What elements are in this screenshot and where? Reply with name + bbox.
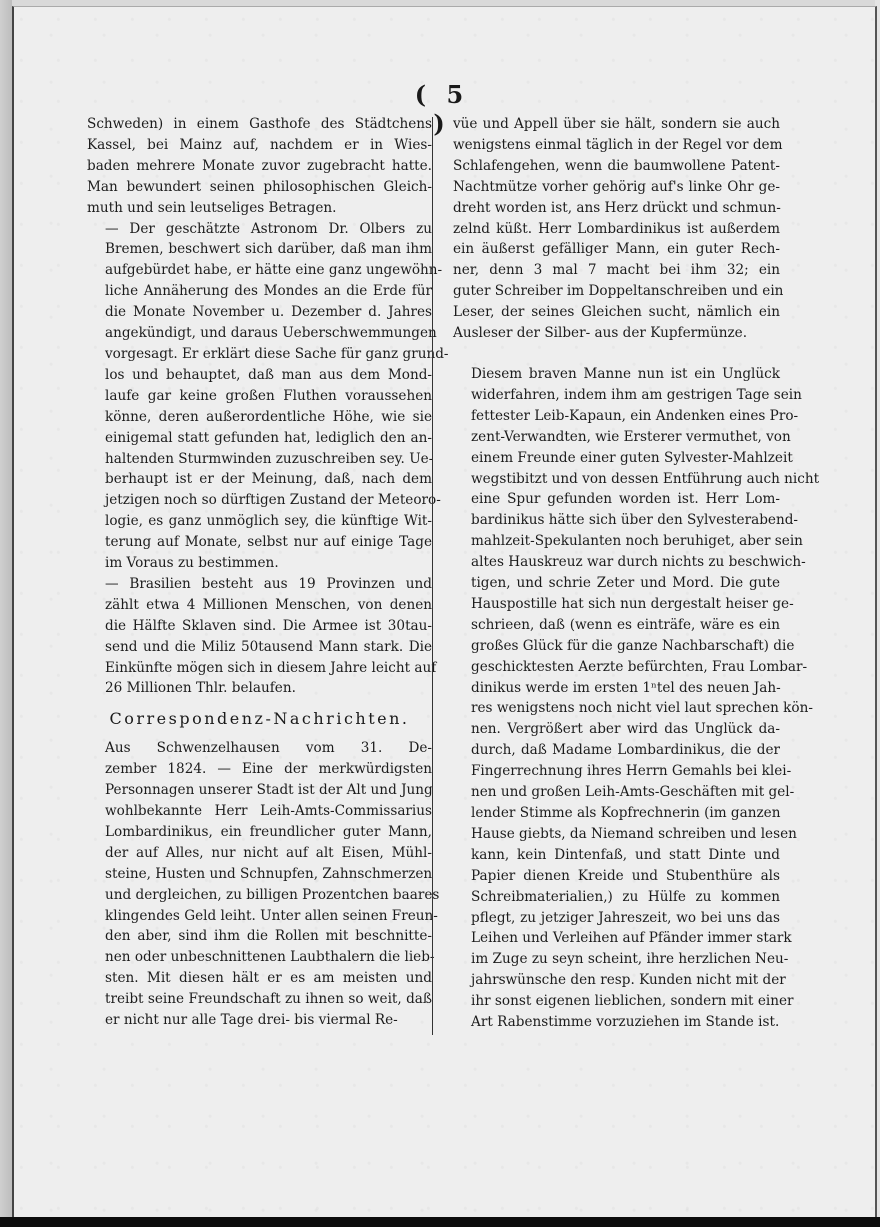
text-line: und dergleichen, zu billigen Prozentchen… — [87, 885, 432, 906]
text-line: klingendes Geld leiht. Unter allen seine… — [87, 906, 432, 927]
text-line: nen oder unbeschnittenen Laubthalern die… — [87, 947, 432, 968]
text-line: los und behauptet, daß man aus dem Mond- — [87, 365, 432, 386]
text-line: — Brasilien besteht aus 19 Provinzen und — [87, 574, 432, 595]
text-line: ner, denn 3 mal 7 macht bei ihm 32; ein — [453, 260, 780, 281]
text-line: tigen, und schrie Zeter und Mord. Die gu… — [453, 573, 780, 594]
text-line: den aber, sind ihm die Rollen mit beschn… — [87, 926, 432, 947]
text-line: Aus Schwenzelhausen vom 31. De- — [87, 738, 432, 759]
paragraph-brasilien: — Brasilien besteht aus 19 Provinzen und… — [87, 574, 432, 699]
text-line: Einkünfte mögen sich in diesem Jahre lei… — [87, 658, 432, 679]
text-line: die Monate November u. Dezember d. Jahre… — [87, 302, 432, 323]
paragraph-lombardinikus: vüe und Appell über sie hält, sondern si… — [453, 114, 780, 344]
text-line: die Hälfte Sklaven sind. Die Armee ist 3… — [87, 616, 432, 637]
text-line: guter Schreiber im Doppeltanschreiben un… — [453, 281, 780, 302]
paragraph-schweden: Schweden) in einem Gasthofe des Städtche… — [87, 114, 432, 219]
text-line: könne, deren außerordentliche Höhe, wie … — [87, 407, 432, 428]
text-line: jetzigen noch so dürftigen Zustand der M… — [87, 490, 432, 511]
text-line: haltenden Sturmwinden zuzuschreiben sey.… — [87, 449, 432, 470]
text-line: angekündigt, und daraus Ueberschwemmunge… — [87, 323, 432, 344]
text-line: steine, Husten und Schnupfen, Zahnschmer… — [87, 864, 432, 885]
text-line: treibt seine Freundschaft zu ihnen so we… — [87, 989, 432, 1010]
text-line: — Der geschätzte Astronom Dr. Olbers zu — [87, 219, 432, 240]
text-line: Man bewundert seinen philosophischen Gle… — [87, 177, 432, 198]
text-line: Personnagen unserer Stadt ist der Alt un… — [87, 780, 432, 801]
text-line: Leihen und Verleihen auf Pfänder immer s… — [453, 928, 780, 949]
paragraph-schwenzelhausen: Aus Schwenzelhausen vom 31. De-zember 18… — [87, 738, 432, 1031]
text-line: wohlbekannte Herr Leih-Amts-Commissarius — [87, 801, 432, 822]
text-line: send und die Miliz 50tausend Mann stark.… — [87, 637, 432, 658]
text-line: im Voraus zu bestimmen. — [87, 553, 432, 574]
text-line: mahlzeit-Spekulanten noch beruhiget, abe… — [453, 531, 780, 552]
text-line: nen und großen Leih-Amts-Geschäften mit … — [453, 782, 780, 803]
text-line: berhaupt ist er der Meinung, daß, nach d… — [87, 469, 432, 490]
text-line: Diesem braven Manne nun ist ein Unglück — [453, 364, 780, 385]
text-line: widerfahren, indem ihm am gestrigen Tage… — [453, 385, 780, 406]
text-line: Bremen, beschwert sich darüber, daß man … — [87, 239, 432, 260]
text-line: Fingerrechnung ihres Herrn Gemahls bei k… — [453, 761, 780, 782]
text-line: res wenigstens noch nicht viel laut spre… — [453, 698, 780, 719]
text-line: kann, kein Dintenfaß, und statt Dinte un… — [453, 845, 780, 866]
paragraph-gap — [453, 344, 780, 364]
text-line: 26 Millionen Thlr. belaufen. — [87, 678, 432, 699]
text-line: sten. Mit diesen hält er es am meisten u… — [87, 968, 432, 989]
text-line: jahrswünsche den resp. Kunden nicht mit … — [453, 970, 780, 991]
text-line: ihr sonst eigenen lieblichen, sondern mi… — [453, 991, 780, 1012]
text-line: Hauspostille hat sich nun dergestalt hei… — [453, 594, 780, 615]
text-line: der auf Alles, nur nicht auf alt Eisen, … — [87, 843, 432, 864]
left-column: Schweden) in einem Gasthofe des Städtche… — [87, 114, 432, 1031]
text-line: Lombardinikus, ein freundlicher guter Ma… — [87, 822, 432, 843]
scan-bottom-edge — [0, 1217, 880, 1227]
text-line: Art Rabenstimme vorzuziehen im Stande is… — [453, 1012, 780, 1033]
text-line: einigemal statt gefunden hat, lediglich … — [87, 428, 432, 449]
text-line: Papier dienen Kreide und Stubenthüre als — [453, 866, 780, 887]
text-line: eine Spur gefunden worden ist. Herr Lom- — [453, 489, 780, 510]
text-line: großes Glück für die ganze Nachbarschaft… — [453, 636, 780, 657]
text-line: altes Hauskreuz war durch nichts zu besc… — [453, 552, 780, 573]
section-heading: Correspondenz-Nachrichten. — [87, 709, 432, 730]
text-line: laufe gar keine großen Fluthen vorausseh… — [87, 386, 432, 407]
text-line: Kassel, bei Mainz auf, nachdem er in Wie… — [87, 135, 432, 156]
text-line: vorgesagt. Er erklärt diese Sache für ga… — [87, 344, 432, 365]
text-line: dinikus werde im ersten 1ⁿtel des neuen … — [453, 678, 780, 699]
text-line: ein äußerst gefälliger Mann, ein guter R… — [453, 239, 780, 260]
text-line: Leser, der seines Gleichen sucht, nämlic… — [453, 302, 780, 323]
text-line: aufgebürdet habe, er hätte eine ganz ung… — [87, 260, 432, 281]
text-line: wegstibitzt und von dessen Entführung au… — [453, 469, 780, 490]
text-line: zember 1824. — Eine der merkwürdigsten — [87, 759, 432, 780]
text-line: lender Stimme als Kopfrechnerin (im ganz… — [453, 803, 780, 824]
text-line: schrieen, daß (wenn es einträfe, wäre es… — [453, 615, 780, 636]
text-line: einem Freunde einer guten Sylvester-Mahl… — [453, 448, 780, 469]
text-line: Schlafengehen, wenn die baumwollene Pate… — [453, 156, 780, 177]
text-line: Schweden) in einem Gasthofe des Städtche… — [87, 114, 432, 135]
text-line: wenigstens einmal täglich in der Regel v… — [453, 135, 780, 156]
text-line: zent-Verwandten, wie Ersterer vermuthet,… — [453, 427, 780, 448]
text-line: geschicktesten Aerzte befürchten, Frau L… — [453, 657, 780, 678]
text-line: bardinikus hätte sich über den Sylvester… — [453, 510, 780, 531]
text-line: zelnd küßt. Herr Lombardinikus ist außer… — [453, 219, 780, 240]
text-line: zählt etwa 4 Millionen Menschen, von den… — [87, 595, 432, 616]
text-line: Nachtmütze vorher gehörig auf's linke Oh… — [453, 177, 780, 198]
text-line: im Zuge zu seyn scheint, ihre herzlichen… — [453, 949, 780, 970]
text-line: baden mehrere Monate zuvor zugebracht ha… — [87, 156, 432, 177]
text-line: dreht worden ist, ans Herz drückt und sc… — [453, 198, 780, 219]
right-column: vüe und Appell über sie hält, sondern si… — [453, 114, 780, 1033]
text-line: terung auf Monate, selbst nur auf einige… — [87, 532, 432, 553]
column-divider — [432, 117, 433, 1035]
text-line: durch, daß Madame Lombardinikus, die der — [453, 740, 780, 761]
text-line: muth und sein leutseliges Betragen. — [87, 198, 432, 219]
text-line: logie, es ganz unmöglich sey, die künfti… — [87, 511, 432, 532]
text-line: nen. Vergrößert aber wird das Unglück da… — [453, 719, 780, 740]
scan-left-gutter — [0, 0, 12, 1227]
text-line: fettester Leib-Kapaun, ein Andenken eine… — [453, 406, 780, 427]
text-line: Schreibmaterialien,) zu Hülfe zu kommen — [453, 887, 780, 908]
text-line: vüe und Appell über sie hält, sondern si… — [453, 114, 780, 135]
text-line: er nicht nur alle Tage drei- bis viermal… — [87, 1010, 432, 1031]
paragraph-unglueck: Diesem braven Manne nun ist ein Unglückw… — [453, 364, 780, 1033]
text-line: Ausleser der Silber- aus der Kupfermünze… — [453, 323, 780, 344]
text-line: pflegt, zu jetziger Jahreszeit, wo bei u… — [453, 908, 780, 929]
text-line: liche Annäherung des Mondes an die Erde … — [87, 281, 432, 302]
paragraph-olbers: — Der geschätzte Astronom Dr. Olbers zuB… — [87, 219, 432, 574]
text-line: Hause giebts, da Niemand schreiben und l… — [453, 824, 780, 845]
